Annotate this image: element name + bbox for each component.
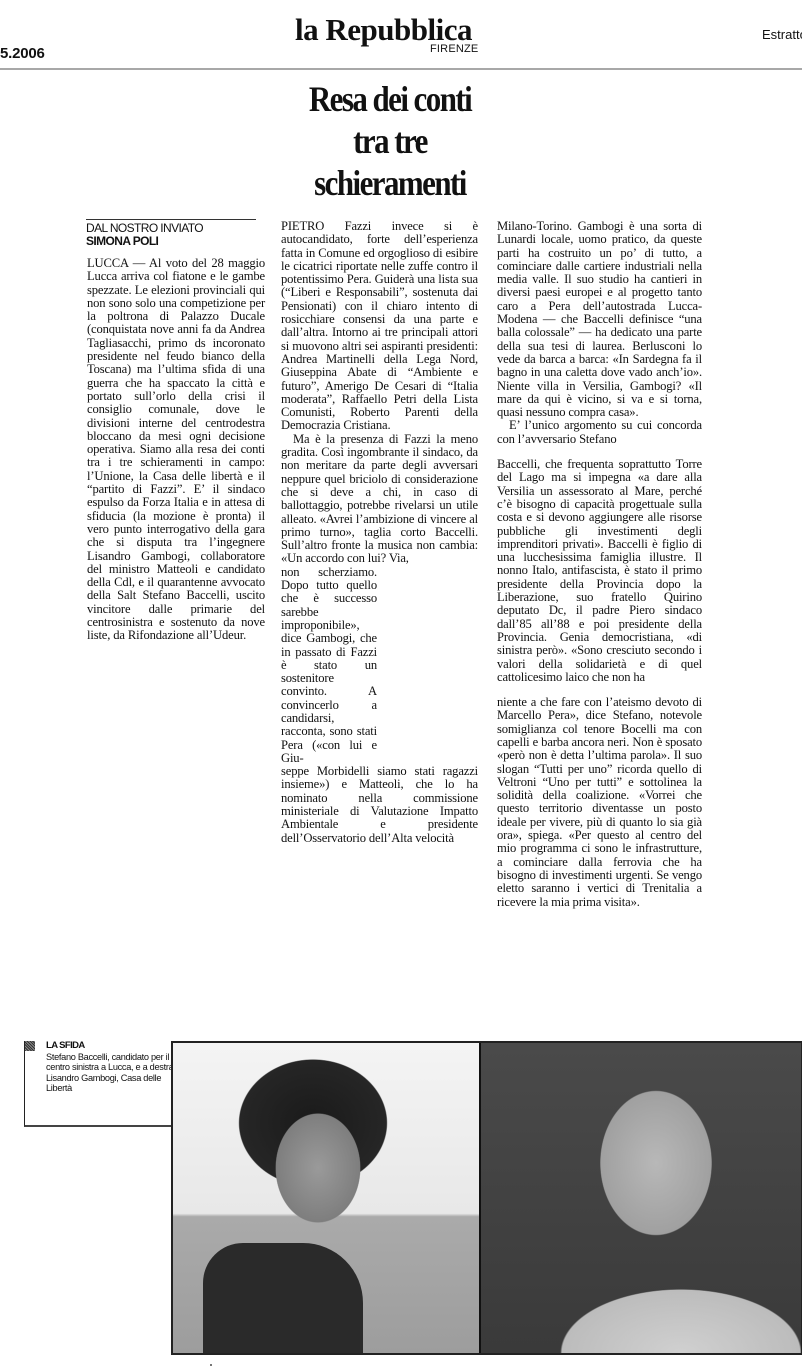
print-mark [210, 1364, 212, 1366]
header-rule [0, 68, 802, 70]
photo-caption-box: LA SFIDA Stefano Baccelli, candidato per… [24, 1041, 173, 1127]
headline-line: tra tre [287, 120, 493, 162]
issue-date: 5.2006 [0, 45, 45, 62]
headline-line: Resa dei conti [287, 78, 493, 120]
headline-line: schieramenti [287, 162, 493, 204]
edition-label: FIRENZE [430, 43, 478, 55]
byline: DAL NOSTRO INVIATO SIMONA POLI [86, 222, 266, 248]
paragraph: E’ l’unico argomento su cui concorda con… [497, 419, 702, 446]
article-column-3: Milano-Torino. Gambogi è una sorta di Lu… [497, 220, 702, 909]
article-column-2: PIETRO Fazzi invece si è autocandidato, … [281, 220, 478, 845]
masthead: 5.2006 la Repubblica FIRENZE Estratto [0, 0, 802, 70]
photo-lisandro-gambogi [481, 1043, 801, 1353]
paragraph: Baccelli, che frequenta soprattutto Torr… [497, 458, 702, 684]
paragraph: seppe Morbidelli siamo stati ragazzi ins… [281, 765, 478, 845]
newspaper-logo: la Repubblica [295, 14, 472, 45]
paragraph: Milano-Torino. Gambogi è una sorta di Lu… [497, 220, 702, 419]
photo-pair [171, 1041, 802, 1355]
paragraph-narrow: non scherziamo. Dopo tutto quello che è … [281, 566, 377, 765]
caption-marker-icon [25, 1041, 35, 1051]
estratto-label: Estratto [762, 27, 802, 42]
byline-author: SIMONA POLI [86, 235, 266, 248]
paragraph: LUCCA — Al voto del 28 maggio Lucca arri… [87, 257, 265, 643]
article-column-1: LUCCA — Al voto del 28 maggio Lucca arri… [87, 257, 265, 643]
article-headline: Resa dei conti tra tre schieramenti [287, 78, 493, 204]
paragraph: PIETRO Fazzi invece si è autocandidato, … [281, 220, 478, 433]
caption-label: LA SFIDA [46, 1041, 174, 1052]
paragraph: niente a che fare con l’ateismo devoto d… [497, 696, 702, 909]
paragraph: Ma è la presenza di Fazzi la meno gradit… [281, 433, 478, 566]
photo-stefano-baccelli [173, 1043, 479, 1353]
photo-caption: LA SFIDA Stefano Baccelli, candidato per… [46, 1041, 174, 1094]
caption-text: Stefano Baccelli, candidato per il centr… [46, 1052, 174, 1094]
byline-rule [86, 219, 256, 220]
